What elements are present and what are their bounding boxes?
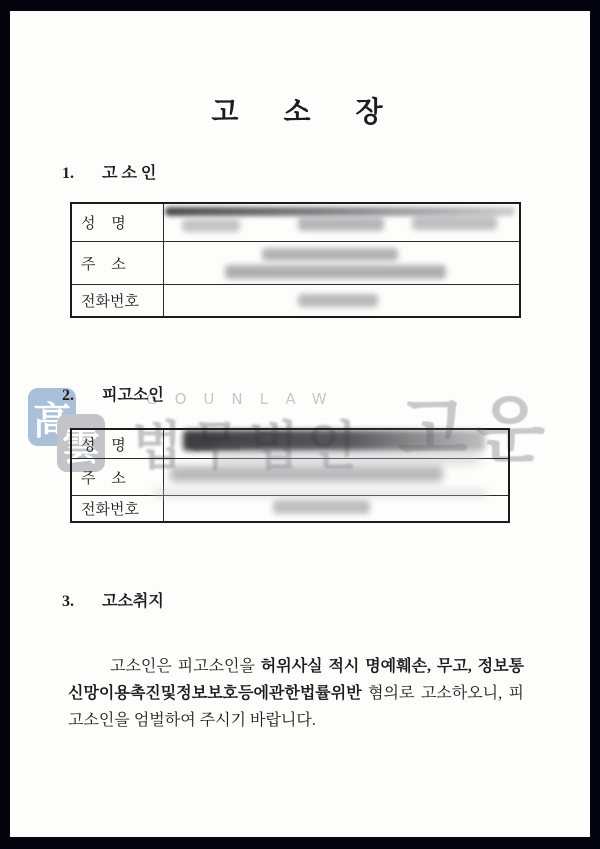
redacted-complainant-id: [298, 217, 384, 231]
complainant-name-label: 성 명: [72, 204, 164, 242]
purpose-paragraph: 고소인은 피고소인을 허위사실 적시 명예훼손, 무고, 정보통신망이용촉진및정…: [68, 653, 524, 734]
accused-name-label: 성 명: [72, 430, 164, 459]
redacted-complainant-name: [182, 219, 240, 232]
redacted-accused-address: [170, 466, 443, 482]
redacted-complainant-phone: [298, 294, 378, 307]
section-2-number: 2.: [62, 387, 98, 405]
redacted-accused-name-band: [183, 430, 485, 451]
section-3-title: 고소취지: [102, 593, 164, 610]
scanned-complaint-page: 高 雲 GOUNLAW 법무법인 고운 고 소 장 1. 고 소 인 성 명 주…: [0, 0, 600, 849]
document-title: 고 소 장: [0, 90, 600, 130]
section-1-title: 고 소 인: [102, 165, 156, 182]
accused-address-label: 주 소: [72, 459, 164, 496]
redacted-accused-address-band: [153, 489, 487, 497]
redacted-complainant-id2: [412, 216, 497, 230]
redacted-smudge-band: [165, 207, 515, 216]
purpose-text-1: 고소인은 피고소인을: [110, 658, 261, 675]
section-2-heading: 2. 피고소인: [62, 382, 164, 405]
section-1-number: 1.: [62, 165, 98, 183]
section-3-number: 3.: [62, 593, 98, 611]
redacted-accused-name-smudge: [215, 452, 480, 464]
accused-phone-label: 전화번호: [72, 496, 164, 521]
redacted-accused-phone: [273, 500, 370, 514]
complainant-address-label: 주 소: [72, 242, 164, 285]
section-3-heading: 3. 고소취지: [62, 588, 164, 611]
complainant-phone-label: 전화번호: [72, 285, 164, 316]
redacted-complainant-address-line2: [225, 265, 446, 279]
redacted-complainant-address-line1: [262, 248, 398, 261]
section-2-title: 피고소인: [102, 387, 164, 404]
section-1-heading: 1. 고 소 인: [62, 160, 156, 183]
